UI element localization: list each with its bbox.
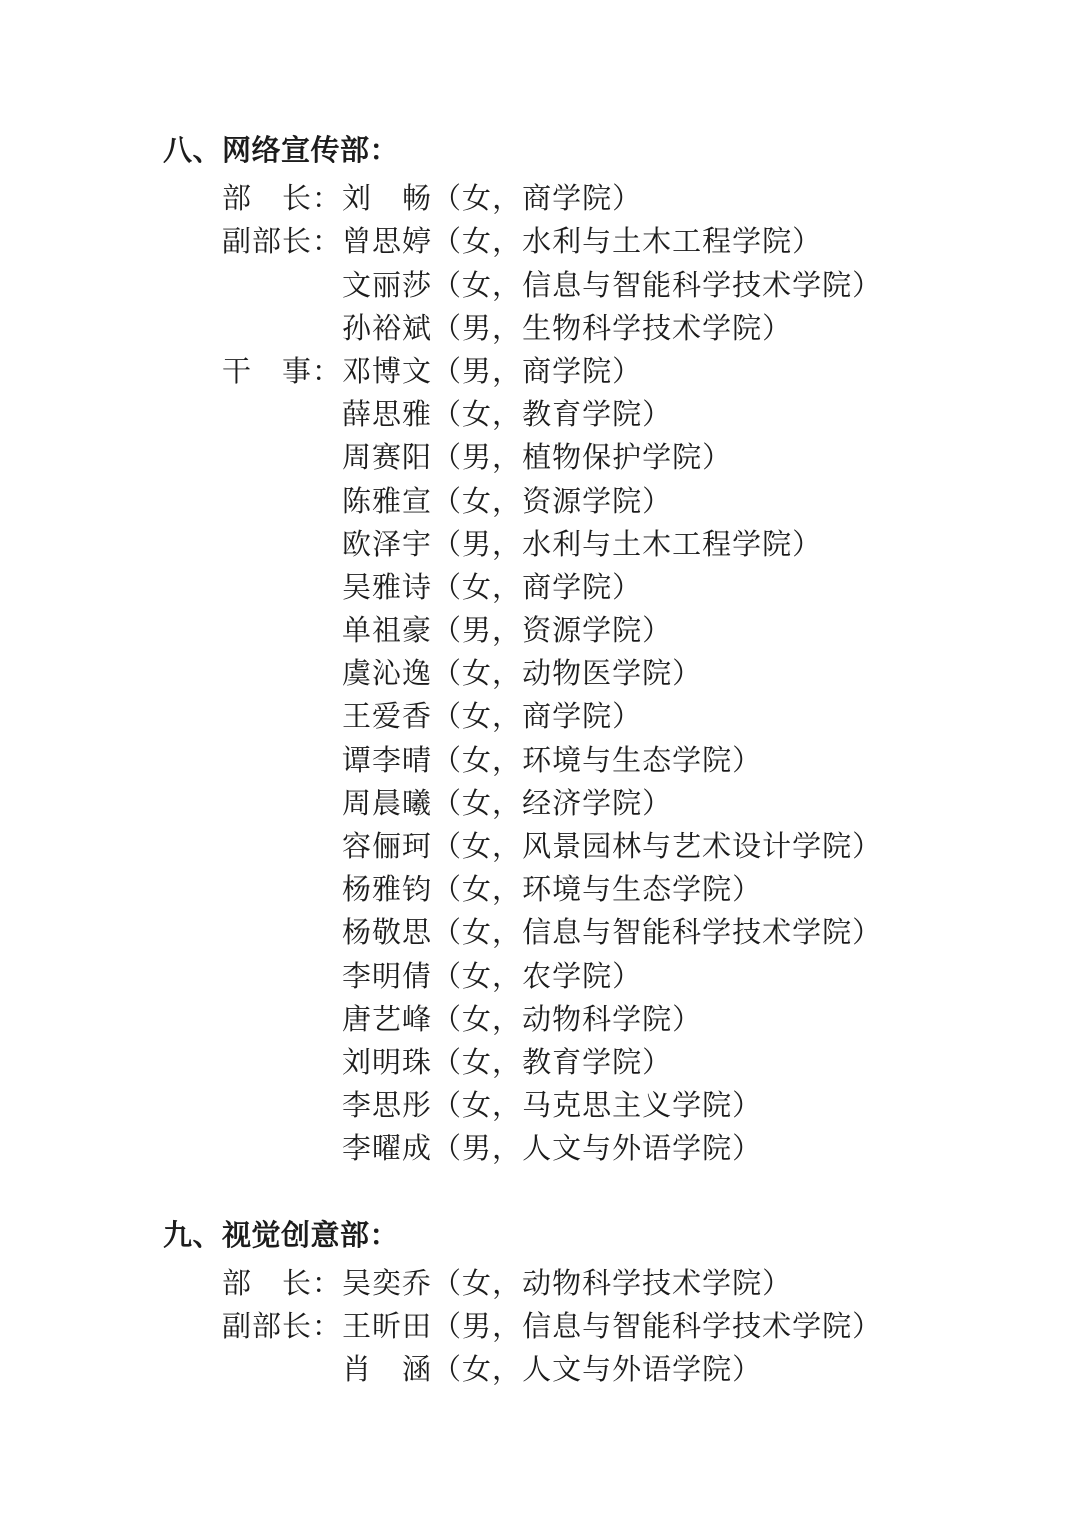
member-college: 风景园林与艺术设计学院 — [522, 831, 852, 863]
member-college: 生物科学技术学院 — [522, 313, 762, 345]
member-info: （男，信息与智能科学技术学院） — [432, 1311, 882, 1343]
member-college: 资源学院 — [522, 486, 642, 518]
member-name: 容俪珂 — [342, 831, 432, 863]
member-college: 水利与土木工程学院 — [522, 529, 792, 561]
member-line: 李曜成（男，人文与外语学院） — [0, 1128, 1074, 1171]
member-name: 李曜成 — [342, 1133, 432, 1165]
member-name: 陈雅宣 — [342, 486, 432, 518]
member-gender: 女 — [462, 874, 492, 906]
member-name: 吴雅诗 — [342, 572, 432, 604]
document-page: 八、网络宣传部：部 长：刘 畅（女，商学院）副部长：曾思婷（女，水利与土木工程学… — [0, 0, 1074, 1520]
member-college: 教育学院 — [522, 399, 642, 431]
paren-close: ） — [792, 226, 822, 258]
member-line: 孙裕斌（男，生物科学技术学院） — [0, 308, 1074, 351]
comma-separator: ， — [492, 1090, 522, 1122]
paren-close: ） — [612, 701, 642, 733]
member-name: 周赛阳 — [342, 442, 432, 474]
paren-close: ） — [852, 270, 882, 302]
section: 九、视觉创意部：部 长：吴奕乔（女，动物科学技术学院）副部长：王昕田（男，信息与… — [0, 1215, 1074, 1393]
member-info: （男，商学院） — [432, 356, 642, 388]
paren-open: （ — [432, 701, 462, 733]
member-line: 肖 涵（女，人文与外语学院） — [0, 1349, 1074, 1392]
member-gender: 女 — [462, 486, 492, 518]
comma-separator: ， — [492, 745, 522, 777]
role-line: 副部长：王昕田（男，信息与智能科学技术学院） — [0, 1306, 1074, 1349]
member-line: 周赛阳（男，植物保护学院） — [0, 437, 1074, 480]
paren-close: ） — [732, 874, 762, 906]
member-gender: 女 — [462, 701, 492, 733]
member-line: 李思彤（女，马克思主义学院） — [0, 1085, 1074, 1128]
member-info: （女，农学院） — [432, 961, 642, 993]
member-college: 动物医学院 — [522, 658, 672, 690]
comma-separator: ， — [492, 917, 522, 949]
member-name: 虞沁逸 — [342, 658, 432, 690]
member-gender: 女 — [462, 658, 492, 690]
member-gender: 女 — [462, 788, 492, 820]
member-gender: 女 — [462, 917, 492, 949]
paren-close: ） — [642, 1047, 672, 1079]
member-college: 商学院 — [522, 356, 612, 388]
role-label: 部 长： — [222, 1268, 342, 1300]
member-name: 曾思婷 — [342, 226, 432, 258]
member-line: 刘明珠（女，教育学院） — [0, 1042, 1074, 1085]
member-name: 吴奕乔 — [342, 1268, 432, 1300]
member-name: 李思彤 — [342, 1090, 432, 1122]
comma-separator: ， — [492, 658, 522, 690]
member-gender: 男 — [462, 615, 492, 647]
member-name: 肖 涵 — [342, 1354, 432, 1386]
paren-open: （ — [432, 1311, 462, 1343]
comma-separator: ， — [492, 1268, 522, 1300]
role-line: 部 长：刘 畅（女，商学院） — [0, 178, 1074, 221]
member-info: （女，环境与生态学院） — [432, 874, 762, 906]
comma-separator: ， — [492, 874, 522, 906]
member-college: 信息与智能科学技术学院 — [522, 270, 852, 302]
paren-open: （ — [432, 1004, 462, 1036]
paren-close: ） — [612, 356, 642, 388]
paren-close: ） — [612, 572, 642, 604]
member-name: 邓博文 — [342, 356, 432, 388]
paren-close: ） — [642, 399, 672, 431]
member-info: （女，教育学院） — [432, 399, 672, 431]
member-gender: 男 — [462, 356, 492, 388]
paren-close: ） — [732, 745, 762, 777]
member-college: 人文与外语学院 — [522, 1354, 732, 1386]
comma-separator: ， — [492, 356, 522, 388]
member-college: 商学院 — [522, 183, 612, 215]
member-name: 杨敬思 — [342, 917, 432, 949]
comma-separator: ， — [492, 1311, 522, 1343]
role-label: 干 事： — [222, 356, 342, 388]
member-college: 环境与生态学院 — [522, 874, 732, 906]
paren-open: （ — [432, 788, 462, 820]
member-info: （男，生物科学技术学院） — [432, 313, 792, 345]
paren-open: （ — [432, 356, 462, 388]
paren-open: （ — [432, 442, 462, 474]
member-name: 王爱香 — [342, 701, 432, 733]
member-gender: 女 — [462, 183, 492, 215]
member-gender: 女 — [462, 961, 492, 993]
member-college: 资源学院 — [522, 615, 642, 647]
comma-separator: ， — [492, 701, 522, 733]
comma-separator: ， — [492, 961, 522, 993]
paren-close: ） — [732, 1133, 762, 1165]
comma-separator: ， — [492, 442, 522, 474]
paren-close: ） — [702, 442, 732, 474]
paren-close: ） — [672, 658, 702, 690]
member-info: （女，商学院） — [432, 572, 642, 604]
member-info: （女，动物医学院） — [432, 658, 702, 690]
member-name: 孙裕斌 — [342, 313, 432, 345]
comma-separator: ， — [492, 1004, 522, 1036]
paren-close: ） — [612, 183, 642, 215]
member-line: 吴雅诗（女，商学院） — [0, 567, 1074, 610]
member-info: （男，人文与外语学院） — [432, 1133, 762, 1165]
comma-separator: ， — [492, 183, 522, 215]
member-college: 水利与土木工程学院 — [522, 226, 792, 258]
paren-open: （ — [432, 313, 462, 345]
member-gender: 女 — [462, 399, 492, 431]
paren-open: （ — [432, 1268, 462, 1300]
paren-open: （ — [432, 961, 462, 993]
member-line: 单祖豪（男，资源学院） — [0, 610, 1074, 653]
member-gender: 男 — [462, 442, 492, 474]
member-name: 唐艺峰 — [342, 1004, 432, 1036]
member-name: 王昕田 — [342, 1311, 432, 1343]
paren-close: ） — [762, 313, 792, 345]
paren-close: ） — [852, 917, 882, 949]
role-label: 副部长： — [222, 226, 342, 258]
member-line: 容俪珂（女，风景园林与艺术设计学院） — [0, 826, 1074, 869]
member-info: （女，资源学院） — [432, 486, 672, 518]
paren-close: ） — [792, 529, 822, 561]
member-college: 信息与智能科学技术学院 — [522, 1311, 852, 1343]
member-gender: 男 — [462, 313, 492, 345]
member-info: （女，教育学院） — [432, 1047, 672, 1079]
member-college: 人文与外语学院 — [522, 1133, 732, 1165]
member-line: 周晨曦（女，经济学院） — [0, 783, 1074, 826]
paren-open: （ — [432, 183, 462, 215]
paren-open: （ — [432, 399, 462, 431]
role-label: 部 长： — [222, 183, 342, 215]
paren-open: （ — [432, 831, 462, 863]
comma-separator: ， — [492, 486, 522, 518]
comma-separator: ， — [492, 572, 522, 604]
member-info: （男，水利与土木工程学院） — [432, 529, 822, 561]
role-line: 副部长：曾思婷（女，水利与土木工程学院） — [0, 221, 1074, 264]
member-info: （女，风景园林与艺术设计学院） — [432, 831, 882, 863]
paren-open: （ — [432, 1047, 462, 1079]
member-line: 杨敬思（女，信息与智能科学技术学院） — [0, 912, 1074, 955]
member-gender: 女 — [462, 1090, 492, 1122]
member-line: 杨雅钧（女，环境与生态学院） — [0, 869, 1074, 912]
member-college: 动物科学院 — [522, 1004, 672, 1036]
member-line: 文丽莎（女，信息与智能科学技术学院） — [0, 265, 1074, 308]
member-gender: 女 — [462, 226, 492, 258]
role-line: 部 长：吴奕乔（女，动物科学技术学院） — [0, 1263, 1074, 1306]
paren-open: （ — [432, 226, 462, 258]
member-name: 李明倩 — [342, 961, 432, 993]
member-name: 文丽莎 — [342, 270, 432, 302]
member-info: （女，动物科学技术学院） — [432, 1268, 792, 1300]
section-heading: 八、网络宣传部： — [0, 130, 1074, 173]
member-line: 李明倩（女，农学院） — [0, 956, 1074, 999]
comma-separator: ， — [492, 1133, 522, 1165]
member-gender: 女 — [462, 1354, 492, 1386]
member-college: 教育学院 — [522, 1047, 642, 1079]
member-line: 虞沁逸（女，动物医学院） — [0, 653, 1074, 696]
member-info: （女，水利与土木工程学院） — [432, 226, 822, 258]
comma-separator: ， — [492, 615, 522, 647]
member-gender: 女 — [462, 1268, 492, 1300]
paren-open: （ — [432, 658, 462, 690]
member-line: 陈雅宣（女，资源学院） — [0, 481, 1074, 524]
comma-separator: ， — [492, 1047, 522, 1079]
member-info: （女，经济学院） — [432, 788, 672, 820]
paren-close: ） — [732, 1354, 762, 1386]
member-college: 信息与智能科学技术学院 — [522, 917, 852, 949]
paren-close: ） — [642, 615, 672, 647]
member-college: 经济学院 — [522, 788, 642, 820]
paren-open: （ — [432, 572, 462, 604]
paren-close: ） — [762, 1268, 792, 1300]
member-college: 植物保护学院 — [522, 442, 702, 474]
paren-open: （ — [432, 529, 462, 561]
member-line: 谭李晴（女，环境与生态学院） — [0, 740, 1074, 783]
member-line: 唐艺峰（女，动物科学院） — [0, 999, 1074, 1042]
comma-separator: ， — [492, 226, 522, 258]
member-info: （男，植物保护学院） — [432, 442, 732, 474]
paren-open: （ — [432, 1354, 462, 1386]
paren-open: （ — [432, 615, 462, 647]
member-info: （女，动物科学院） — [432, 1004, 702, 1036]
member-info: （女，人文与外语学院） — [432, 1354, 762, 1386]
member-name: 薛思雅 — [342, 399, 432, 431]
member-info: （女，商学院） — [432, 701, 642, 733]
paren-close: ） — [612, 961, 642, 993]
comma-separator: ， — [492, 831, 522, 863]
member-info: （女，环境与生态学院） — [432, 745, 762, 777]
member-gender: 男 — [462, 529, 492, 561]
section-heading: 九、视觉创意部： — [0, 1215, 1074, 1258]
member-gender: 男 — [462, 1133, 492, 1165]
paren-close: ） — [642, 788, 672, 820]
member-name: 刘 畅 — [342, 183, 432, 215]
paren-close: ） — [672, 1004, 702, 1036]
member-info: （女，信息与智能科学技术学院） — [432, 917, 882, 949]
paren-open: （ — [432, 270, 462, 302]
paren-open: （ — [432, 917, 462, 949]
member-info: （女，马克思主义学院） — [432, 1090, 762, 1122]
comma-separator: ， — [492, 270, 522, 302]
member-name: 单祖豪 — [342, 615, 432, 647]
member-name: 杨雅钧 — [342, 874, 432, 906]
member-gender: 女 — [462, 270, 492, 302]
paren-close: ） — [642, 486, 672, 518]
member-gender: 男 — [462, 1311, 492, 1343]
paren-open: （ — [432, 745, 462, 777]
paren-open: （ — [432, 1090, 462, 1122]
paren-open: （ — [432, 874, 462, 906]
comma-separator: ， — [492, 313, 522, 345]
member-name: 欧泽宇 — [342, 529, 432, 561]
comma-separator: ， — [492, 529, 522, 561]
document-content: 八、网络宣传部：部 长：刘 畅（女，商学院）副部长：曾思婷（女，水利与土木工程学… — [0, 0, 1074, 1392]
member-name: 周晨曦 — [342, 788, 432, 820]
paren-close: ） — [732, 1090, 762, 1122]
member-line: 王爱香（女，商学院） — [0, 696, 1074, 739]
member-college: 商学院 — [522, 701, 612, 733]
member-gender: 女 — [462, 745, 492, 777]
member-gender: 女 — [462, 1004, 492, 1036]
member-gender: 女 — [462, 1047, 492, 1079]
section: 八、网络宣传部：部 长：刘 畅（女，商学院）副部长：曾思婷（女，水利与土木工程学… — [0, 130, 1074, 1172]
member-college: 动物科学技术学院 — [522, 1268, 762, 1300]
member-college: 环境与生态学院 — [522, 745, 732, 777]
role-line: 干 事：邓博文（男，商学院） — [0, 351, 1074, 394]
comma-separator: ， — [492, 399, 522, 431]
member-gender: 女 — [462, 572, 492, 604]
member-college: 农学院 — [522, 961, 612, 993]
member-college: 商学院 — [522, 572, 612, 604]
member-name: 谭李晴 — [342, 745, 432, 777]
paren-close: ） — [852, 831, 882, 863]
paren-open: （ — [432, 486, 462, 518]
comma-separator: ， — [492, 788, 522, 820]
member-college: 马克思主义学院 — [522, 1090, 732, 1122]
member-name: 刘明珠 — [342, 1047, 432, 1079]
role-label: 副部长： — [222, 1311, 342, 1343]
member-line: 欧泽宇（男，水利与土木工程学院） — [0, 524, 1074, 567]
paren-open: （ — [432, 1133, 462, 1165]
paren-close: ） — [852, 1311, 882, 1343]
member-info: （女，信息与智能科学技术学院） — [432, 270, 882, 302]
member-info: （男，资源学院） — [432, 615, 672, 647]
comma-separator: ， — [492, 1354, 522, 1386]
member-info: （女，商学院） — [432, 183, 642, 215]
member-gender: 女 — [462, 831, 492, 863]
member-line: 薛思雅（女，教育学院） — [0, 394, 1074, 437]
